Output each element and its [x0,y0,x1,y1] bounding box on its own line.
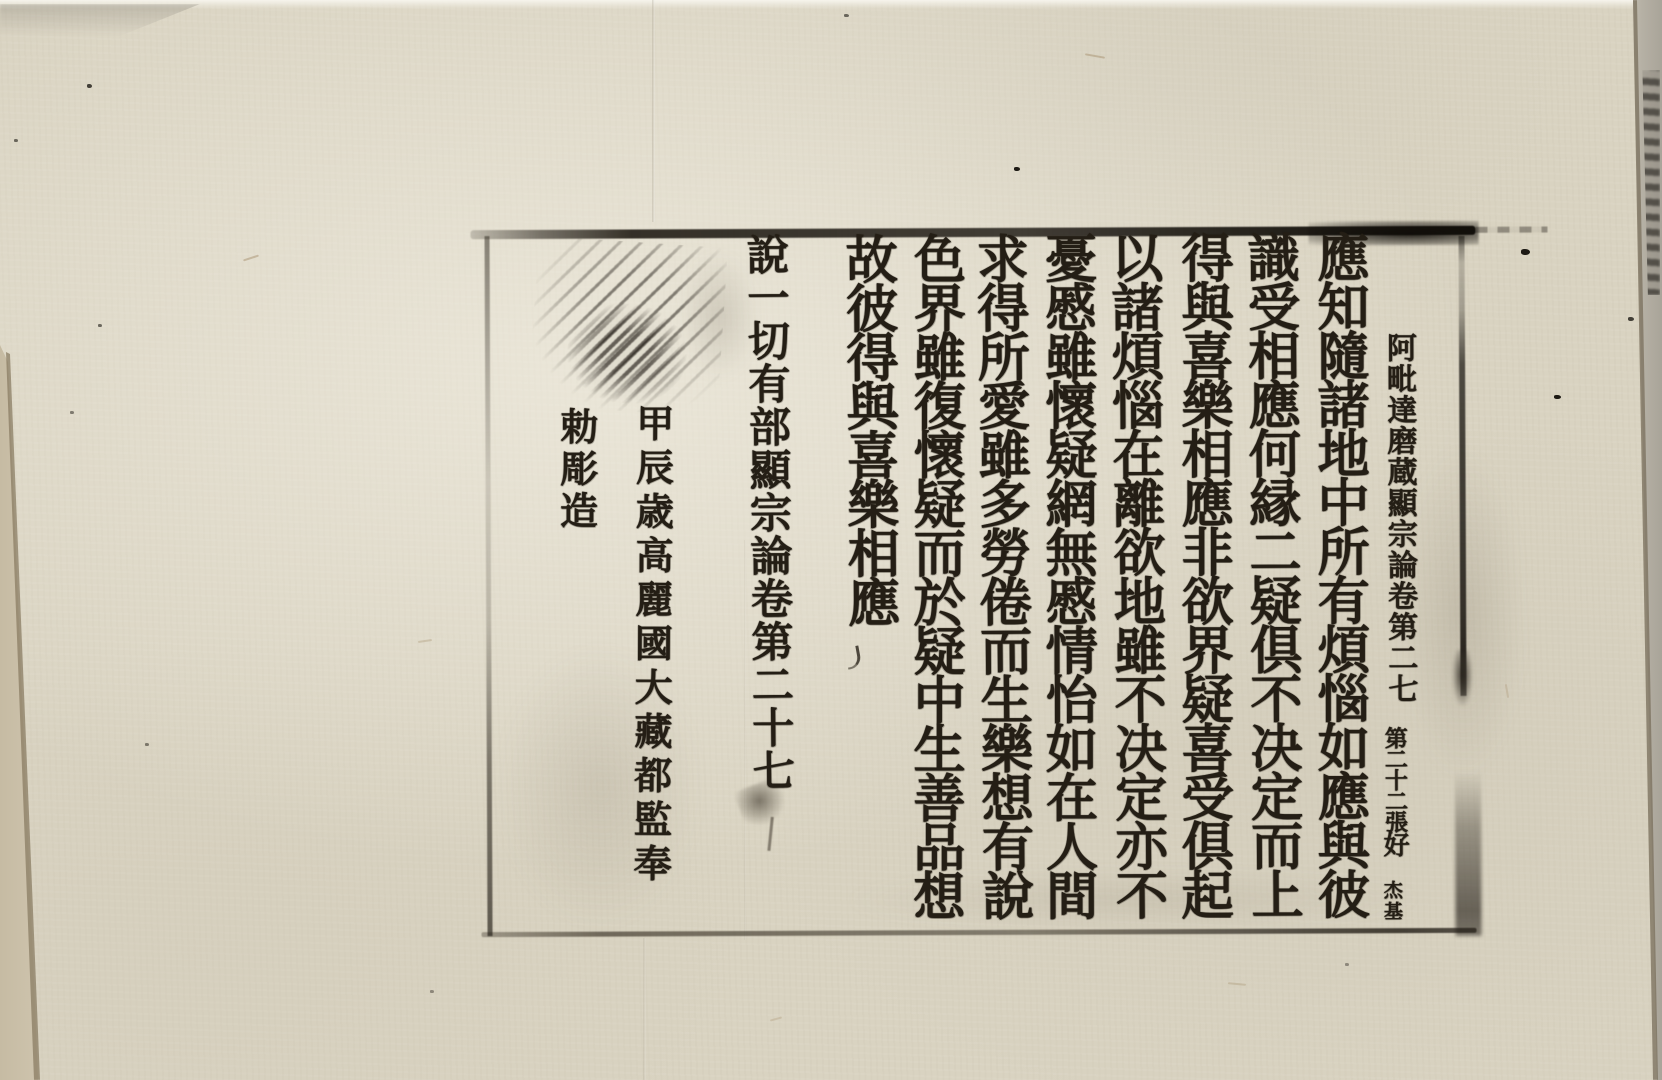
text-column-4: 以諸煩惱在離欲地雖不决定亦不 [1103,231,1165,937]
end-title-column: 說一切有部顯宗論卷第二十七 [742,233,794,833]
engraver-name: 杰基 [1381,880,1402,922]
frame-border-right-lower [1455,770,1482,936]
sheet-number-text: 第二十二張 [1381,726,1408,831]
frame-border-top-overrun [1475,226,1547,232]
text-column-6: 求得所愛雖多勞倦而生樂想有說 [969,232,1031,938]
text-column-8: 故彼得與喜樂相應 [838,232,897,672]
text-column-1: 應知隨諸地中所有煩惱如應與彼 [1310,230,1367,936]
frame-border-right-blot [1452,650,1472,706]
top-left-shadow [0,4,200,36]
ink-speck [98,324,102,327]
ink-speck [1521,249,1530,255]
text-column-3: 得與喜樂相應非欲界疑喜受倶起 [1174,231,1230,937]
margin-volume-title: 阿毗達磨蔵顯宗論卷第二七 [1381,332,1418,704]
colophon-line-2: 勅彫造 [555,407,596,557]
ink-speck [844,14,849,17]
paper-fiber [1085,53,1105,58]
frame-border-right [1459,236,1467,696]
text-column-2: 識受相應何縁二疑倶不决定而上 [1240,231,1300,937]
adjacent-page-edge-left [0,0,46,1080]
ink-speck [1554,395,1561,399]
ink-speck [70,411,74,414]
ink-speck [14,139,18,142]
ink-speck [430,990,434,993]
paper-crease [643,938,646,1080]
ink-speck [1628,317,1634,321]
colophon-line-1: 甲辰歳高麗國大藏都監奉 [629,403,673,923]
margin-sheet-number: 第二十二張好 [1380,726,1409,857]
paper-fiber [418,639,432,643]
page-top-edge [0,0,1662,9]
paper-fiber [243,255,259,262]
ink-speck [1345,963,1349,966]
collation-mark: 好 [1379,831,1409,857]
ink-speck [145,743,149,746]
text-column-7: 色界雖復懷疑而於疑中生善品想 [906,232,963,938]
paper-crease [652,0,655,222]
ink-smear-blot [562,298,691,410]
text-column-5: 憂慼雖懷疑網無慼情怡如在人間 [1037,232,1094,938]
ink-speck [1014,167,1020,171]
ink-speck [87,84,92,88]
paper-fiber [1228,982,1246,986]
paper-fiber [770,1016,782,1021]
printed-text-block: 應知隨諸地中所有煩惱如應與彼 識受相應何縁二疑倶不决定而上 得與喜樂相應非欲界疑… [470,218,1478,940]
paper-stain [494,641,705,932]
paper-fiber [1505,684,1509,698]
frame-border-left [484,236,492,936]
scanned-page: 應知隨諸地中所有煩惱如應與彼 識受相應何縁二疑倶不决定而上 得與喜樂相應非欲界疑… [0,0,1662,1080]
